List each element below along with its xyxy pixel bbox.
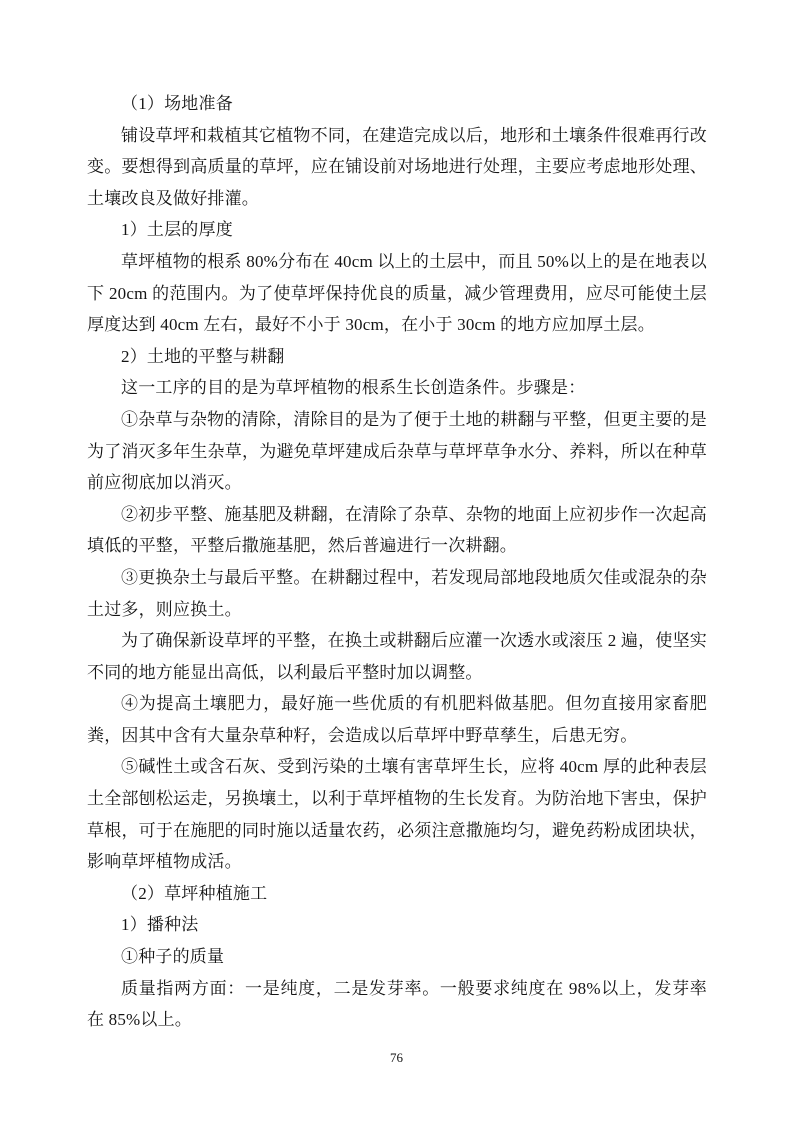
paragraph: 铺设草坪和栽植其它植物不同，在建造完成以后，地形和土壤条件很难再行改变。要想得到… bbox=[87, 120, 707, 215]
document-body: （1）场地准备 铺设草坪和栽植其它植物不同，在建造完成以后，地形和土壤条件很难再… bbox=[87, 88, 707, 1036]
section-heading: （1）场地准备 bbox=[87, 88, 707, 120]
section-heading: （2）草坪种植施工 bbox=[87, 878, 707, 910]
subsection-heading: 1）播种法 bbox=[87, 909, 707, 941]
list-item-paragraph: ①杂草与杂物的清除，清除目的是为了便于土地的耕翻与平整，但更主要的是为了消灭多年… bbox=[87, 404, 707, 499]
paragraph: 草坪植物的根系 80%分布在 40cm 以上的土层中，而且 50%以上的是在地表… bbox=[87, 246, 707, 341]
list-item-paragraph: ③更换杂土与最后平整。在耕翻过程中，若发现局部地段地质欠佳或混杂的杂土过多，则应… bbox=[87, 562, 707, 625]
list-item-paragraph: ⑤碱性土或含石灰、受到污染的土壤有害草坪生长，应将 40cm 厚的此种表层土全部… bbox=[87, 751, 707, 877]
page-number: 76 bbox=[0, 1050, 793, 1066]
list-item-paragraph: ④为提高土壤肥力，最好施一些优质的有机肥料做基肥。但勿直接用家畜肥粪，因其中含有… bbox=[87, 688, 707, 751]
paragraph: 这一工序的目的是为草坪植物的根系生长创造条件。步骤是： bbox=[87, 372, 707, 404]
subsection-heading: ①种子的质量 bbox=[87, 941, 707, 973]
list-item-paragraph: ②初步平整、施基肥及耕翻，在清除了杂草、杂物的地面上应初步作一次起高填低的平整，… bbox=[87, 499, 707, 562]
subsection-heading: 2）土地的平整与耕翻 bbox=[87, 341, 707, 373]
paragraph: 为了确保新设草坪的平整，在换土或耕翻后应灌一次透水或滚压 2 遍，使坚实不同的地… bbox=[87, 625, 707, 688]
paragraph: 质量指两方面：一是纯度，二是发芽率。一般要求纯度在 98%以上，发芽率在 85%… bbox=[87, 973, 707, 1036]
document-page: （1）场地准备 铺设草坪和栽植其它植物不同，在建造完成以后，地形和土壤条件很难再… bbox=[0, 0, 793, 1122]
subsection-heading: 1）土层的厚度 bbox=[87, 214, 707, 246]
